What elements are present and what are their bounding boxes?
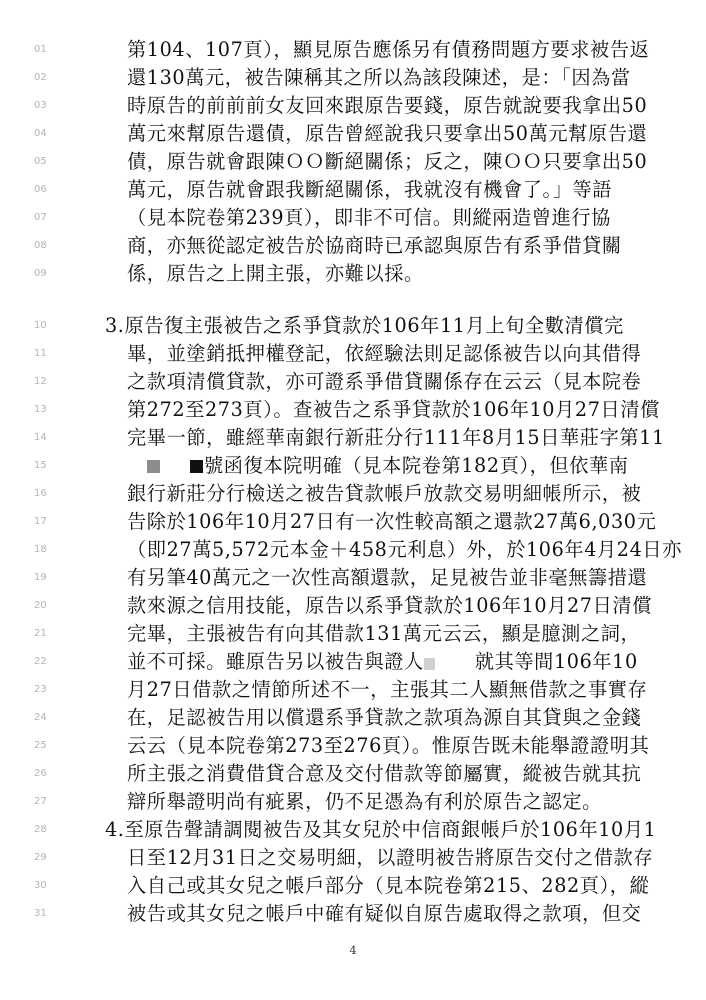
line-text: 畢，並塗銷抵押權登記，依經驗法則足認係被告以向其借得 [127,340,706,368]
document-line: 24 在，足認被告用以償還系爭貸款之款項為源自其貸與之金錢 [0,704,706,732]
line-text-content: 號函復本院明確（見本院卷第182頁），但依華南 [204,454,629,477]
document-line: 14 完畢一節，雖經華南銀行新莊分行111年8月15日華莊字第11 [0,424,706,452]
document-line: 28 4.至原告聲請調閱被告及其女兒於中信商銀帳戶於106年10月1 [0,816,706,844]
line-text: 完畢，主張被告有向其借款131萬元云云，顯是臆測之詞， [127,620,706,648]
document-line: 07 （見本院卷第239頁），即非不可信。則縱兩造曾進行協 [0,204,706,232]
redaction-block [424,658,435,670]
document-line: 03 時原告的前前前女友回來跟原告要錢，原告就說要我拿出50 [0,92,706,120]
line-text-after: 就其等間106年10 [475,650,638,673]
line-text: 萬元來幫原告還債，原告曾經說我只要拿出50萬元幫原告還 [127,120,706,148]
line-number: 20 [34,592,64,620]
line-number: 11 [34,340,64,368]
line-text: 之款項清償貸款，亦可證系爭借貸關係存在云云（見本院卷 [127,368,706,396]
line-text: 日至12月31日之交易明細，以證明被告將原告交付之借款存 [127,844,706,872]
line-number: 05 [34,148,64,176]
line-number: 30 [34,872,64,900]
line-number: 15 [34,452,64,480]
line-number: 23 [34,676,64,704]
line-number: 19 [34,564,64,592]
line-number: 04 [34,120,64,148]
line-number: 31 [34,900,64,928]
line-number: 14 [34,424,64,452]
line-text: 還130萬元，被告陳稱其之所以為該段陳述，是：「因為當 [127,64,706,92]
line-text: 第104、107頁），顯見原告應係另有債務問題方要求被告返 [127,36,706,64]
line-text: 商，亦無從認定被告於協商時已承認與原告有系爭借貸關 [127,232,706,260]
document-page: 01 第104、107頁），顯見原告應係另有債務問題方要求被告返 02 還130… [0,0,706,1000]
line-text: 所主張之消費借貸合意及交付借款等節屬實，縱被告就其抗 [127,760,706,788]
line-number: 08 [34,232,64,260]
document-line: 01 第104、107頁），顯見原告應係另有債務問題方要求被告返 [0,36,706,64]
line-number: 29 [34,844,64,872]
document-line: 16 銀行新莊分行檢送之被告貸款帳戶放款交易明細帳所示，被 [0,480,706,508]
redaction-block [147,460,160,473]
redaction-block [190,460,203,473]
document-line: 09 係，原告之上開主張，亦難以採。 [0,260,706,288]
document-line: 21 完畢，主張被告有向其借款131萬元云云，顯是臆測之詞， [0,620,706,648]
line-number: 12 [34,368,64,396]
document-line: 10 3.原告復主張被告之系爭貸款於106年11月上旬全數清償完 [0,312,706,340]
document-line: 11 畢，並塗銷抵押權登記，依經驗法則足認係被告以向其借得 [0,340,706,368]
line-number: 28 [34,816,64,844]
document-line: 06 萬元，原告就會跟我斷絕關係，我就沒有機會了。」等語 [0,176,706,204]
line-text: 係，原告之上開主張，亦難以採。 [127,260,706,288]
document-line: 30 入自己或其女兒之帳戶部分（見本院卷第215、282頁），縱 [0,872,706,900]
line-number: 02 [34,64,64,92]
document-line: 20 款來源之信用技能，原告以系爭貸款於106年10月27日清償 [0,592,706,620]
line-number: 18 [34,536,64,564]
document-line: 12 之款項清償貸款，亦可證系爭借貸關係存在云云（見本院卷 [0,368,706,396]
line-number: 17 [34,508,64,536]
line-number: 13 [34,396,64,424]
line-number: 27 [34,788,64,816]
document-line: 08 商，亦無從認定被告於協商時已承認與原告有系爭借貸關 [0,232,706,260]
line-number: 25 [34,732,64,760]
line-number: 22 [34,648,64,676]
line-text: 款來源之信用技能，原告以系爭貸款於106年10月27日清償 [127,592,706,620]
line-number: 01 [34,36,64,64]
line-text: 在，足認被告用以償還系爭貸款之款項為源自其貸與之金錢 [127,704,706,732]
document-line: 13 第272至273頁）。查被告之系爭貸款於106年10月27日清償 [0,396,706,424]
page-number: 4 [0,944,706,957]
document-line: 17 告除於106年10月27日有一次性較高額之還款27萬6,030元 [0,508,706,536]
line-text: 完畢一節，雖經華南銀行新莊分行111年8月15日華莊字第11 [127,424,706,452]
line-text: 債，原告就會跟陳ＯＯ斷絕關係；反之，陳ＯＯ只要拿出50 [127,148,706,176]
line-text: （見本院卷第239頁），即非不可信。則縱兩造曾進行協 [127,204,706,232]
line-number: 21 [34,620,64,648]
line-number: 10 [34,312,64,340]
document-line: 19 有另筆40萬元之一次性高額還款，足見被告並非毫無籌措還 [0,564,706,592]
line-text: 萬元，原告就會跟我斷絕關係，我就沒有機會了。」等語 [127,176,706,204]
line-text: 銀行新莊分行檢送之被告貸款帳戶放款交易明細帳所示，被 [127,480,706,508]
line-text: 3.原告復主張被告之系爭貸款於106年11月上旬全數清償完 [105,312,706,340]
line-text: 有另筆40萬元之一次性高額還款，足見被告並非毫無籌措還 [127,564,706,592]
line-number: 06 [34,176,64,204]
line-number: 07 [34,204,64,232]
document-line: 26 所主張之消費借貸合意及交付借款等節屬實，縱被告就其抗 [0,760,706,788]
line-number: 03 [34,92,64,120]
line-text: 時原告的前前前女友回來跟原告要錢，原告就說要我拿出50 [127,92,706,120]
line-text: 告除於106年10月27日有一次性較高額之還款27萬6,030元 [127,508,706,536]
line-text: 被告或其女兒之帳戶中確有疑似自原告處取得之款項，但交 [127,900,706,928]
line-text-before: 並不可採。雖原告另以被告與證人 [127,650,424,673]
document-line: 05 債，原告就會跟陳ＯＯ斷絕關係；反之，陳ＯＯ只要拿出50 [0,148,706,176]
document-line: 25 云云（見本院卷第273至276頁）。惟原告既未能舉證證明其 [0,732,706,760]
document-line: 27 辯所舉證明尚有疵累，仍不足憑為有利於原告之認定。 [0,788,706,816]
line-number: 09 [34,260,64,288]
document-line: 31 被告或其女兒之帳戶中確有疑似自原告處取得之款項，但交 [0,900,706,928]
document-line: 23 月27日借款之情節所述不一，主張其二人顯無借款之事實存 [0,676,706,704]
line-text: 辯所舉證明尚有疵累，仍不足憑為有利於原告之認定。 [127,788,706,816]
line-text: 號函復本院明確（見本院卷第182頁），但依華南 [127,452,706,480]
line-text: 4.至原告聲請調閱被告及其女兒於中信商銀帳戶於106年10月1 [105,816,706,844]
document-line: 29 日至12月31日之交易明細，以證明被告將原告交付之借款存 [0,844,706,872]
document-line: 04 萬元來幫原告還債，原告曾經說我只要拿出50萬元幫原告還 [0,120,706,148]
line-text: （即27萬5,572元本金＋458元利息）外，於106年4月24日亦 [127,536,706,564]
line-text: 月27日借款之情節所述不一，主張其二人顯無借款之事實存 [127,676,706,704]
line-text: 並不可採。雖原告另以被告與證人就其等間106年10 [127,648,706,676]
line-number: 16 [34,480,64,508]
document-line: 18 （即27萬5,572元本金＋458元利息）外，於106年4月24日亦 [0,536,706,564]
document-line: 02 還130萬元，被告陳稱其之所以為該段陳述，是：「因為當 [0,64,706,92]
document-line: 15 號函復本院明確（見本院卷第182頁），但依華南 [0,452,706,480]
line-text: 入自己或其女兒之帳戶部分（見本院卷第215、282頁），縱 [127,872,706,900]
line-text: 第272至273頁）。查被告之系爭貸款於106年10月27日清償 [127,396,706,424]
line-number: 24 [34,704,64,732]
document-line: 22 並不可採。雖原告另以被告與證人就其等間106年10 [0,648,706,676]
line-number: 26 [34,760,64,788]
line-text: 云云（見本院卷第273至276頁）。惟原告既未能舉證證明其 [127,732,706,760]
